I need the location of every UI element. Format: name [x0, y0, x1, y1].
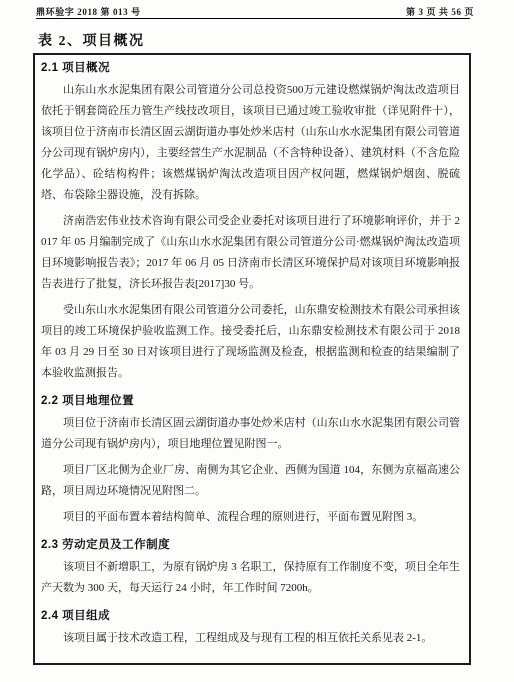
content-box: 2.1 项目概况 山东山水水泥集团有限公司管道分公司总投资500万元建设燃煤锅炉…: [33, 53, 471, 665]
paragraph-2-1-3: 受山东山水水泥集团有限公司管道分公司委托，山东鼎安检测技术有限公司承担该项目的竣…: [41, 300, 460, 384]
section-project-overview: 2.1 项目概况 山东山水水泥集团有限公司管道分公司总投资500万元建设燃煤锅炉…: [41, 59, 460, 384]
paragraph-2-3-1: 该项目不新增职工，为原有锅炉房 3 名职工，保持原有工作制度不变，项目全年生产天…: [41, 557, 460, 599]
paragraph-2-1-1: 山东山水水泥集团有限公司管道分公司总投资500万元建设燃煤锅炉淘汰改造项目依托于…: [41, 80, 460, 206]
section-heading-2-2: 2.2 项目地理位置: [41, 392, 460, 408]
paragraph-2-2-1: 项目位于济南市长清区固云湖街道办事处炒米店村（山东山水水泥集团有限公司管道分公司…: [41, 413, 460, 455]
document-page: 鼎环验字 2018 第 013 号 第 3 页 共 56 页 表 2、项目概况 …: [0, 0, 514, 682]
table-title: 表 2、项目概况: [38, 30, 145, 50]
section-heading-2-1: 2.1 项目概况: [41, 59, 460, 75]
section-heading-2-3: 2.3 劳动定员及工作制度: [41, 536, 460, 552]
page-header: 鼎环验字 2018 第 013 号 第 3 页 共 56 页: [36, 5, 474, 18]
section-heading-2-4: 2.4 项目组成: [41, 607, 460, 623]
header-divider: [36, 18, 470, 19]
paragraph-2-4-1: 该项目属于技术改造工程，工程组成及与现有工程的相互依托关系见表 2-1。: [41, 628, 460, 649]
section-project-composition: 2.4 项目组成 该项目属于技术改造工程，工程组成及与现有工程的相互依托关系见表…: [41, 607, 460, 649]
section-project-location: 2.2 项目地理位置 项目位于济南市长清区固云湖街道办事处炒米店村（山东山水水泥…: [41, 392, 460, 528]
paragraph-2-2-2: 项目厂区北侧为企业厂房、南侧为其它企业、西侧为国道 104，东侧为京福高速公路，…: [41, 460, 460, 502]
header-doc-number: 鼎环验字 2018 第 013 号: [36, 5, 141, 18]
section-staffing-schedule: 2.3 劳动定员及工作制度 该项目不新增职工，为原有锅炉房 3 名职工，保持原有…: [41, 536, 460, 599]
paragraph-2-1-2: 济南浩宏伟业技术咨询有限公司受企业委托对该项目进行了环境影响评价，并于 2017…: [41, 211, 460, 295]
paragraph-2-2-3: 项目的平面布置本着结构简单、流程合理的原则进行，平面布置见附图 3。: [41, 507, 460, 528]
header-page-count: 第 3 页 共 56 页: [406, 5, 474, 18]
